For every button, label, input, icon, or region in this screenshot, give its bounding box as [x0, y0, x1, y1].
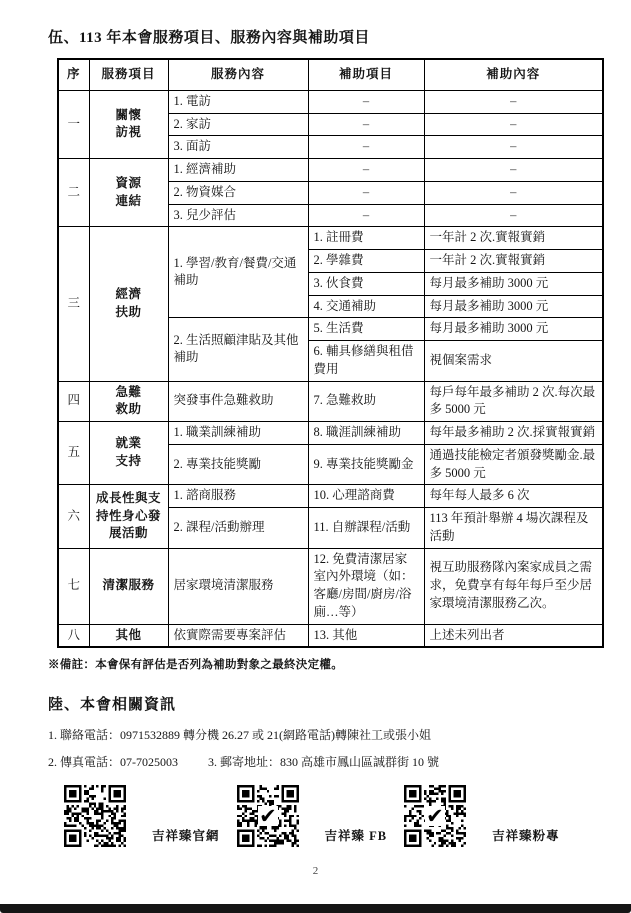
table-row: 八其他依實際需要專案評估13. 其他上述未列出者	[58, 624, 603, 647]
table-row: 一關懷 訪視1. 電訪––	[58, 90, 603, 113]
table-cell: 2. 物資媒合	[168, 181, 308, 204]
svg-text:✔: ✔	[426, 804, 444, 828]
table-cell: 急難 救助	[89, 381, 168, 422]
table-cell: –	[308, 136, 424, 159]
table-cell: 突發事件急難救助	[168, 381, 308, 422]
table-cell: 每月最多補助 3000 元	[424, 318, 603, 341]
table-row: 四急難 救助突發事件急難救助7. 急難救助每戶每年最多補助 2 次.每次最多 5…	[58, 381, 603, 422]
qr-group-facebook: ✔ 吉祥臻 FB	[237, 785, 388, 847]
table-cell: 視互助服務隊內案家成員之需求，免費享有每年每戶至少居家環境清潔服務乙次。	[424, 548, 603, 624]
table-cell: –	[424, 204, 603, 227]
table-cell: 成長性與支持性身心發展活動	[89, 485, 168, 548]
table-cell: 3. 面訪	[168, 136, 308, 159]
table-cell: 3. 兒少評估	[168, 204, 308, 227]
table-row: 七清潔服務居家環境清潔服務12. 免費清潔居家室內外環境（如：客廳/房間/廚房/…	[58, 548, 603, 624]
qr-group-fanpage: ✔ 吉祥臻粉專	[404, 785, 560, 847]
table-cell: 一年計 2 次.實報實銷	[424, 250, 603, 273]
table-cell: –	[424, 136, 603, 159]
section5-title: 伍、113 年本會服務項目、服務內容與補助項目	[48, 26, 603, 47]
table-cell: 四	[58, 381, 89, 422]
table-cell: –	[424, 181, 603, 204]
table-cell: 依實際需要專案評估	[168, 624, 308, 647]
table-row: 五就業 支持1. 職業訓練補助8. 職涯訓練補助每年最多補助 2 次.採實報實銷	[58, 422, 603, 445]
table-cell: 13. 其他	[308, 624, 424, 647]
table-cell: 三	[58, 227, 89, 381]
column-header: 補助內容	[424, 59, 603, 90]
table-cell: 6. 輔具修繕與租借費用	[308, 341, 424, 382]
table-cell: –	[308, 159, 424, 182]
table-cell: –	[424, 159, 603, 182]
qr-label-facebook: 吉祥臻 FB	[325, 826, 388, 844]
page-number: 2	[0, 865, 631, 877]
table-cell: 每月最多補助 3000 元	[424, 295, 603, 318]
table-cell: 2. 生活照顧津貼及其他補助	[168, 318, 308, 381]
page-content: 伍、113 年本會服務項目、服務內容與補助項目 序服務項目服務內容補助項目補助內…	[0, 0, 631, 847]
table-cell: 每年每人最多 6 次	[424, 485, 603, 508]
table-cell: 關懷 訪視	[89, 90, 168, 158]
table-cell: 10. 心理諮商費	[308, 485, 424, 508]
table-cell: 二	[58, 159, 89, 227]
table-cell: 2. 專業技能獎勵	[168, 444, 308, 485]
table-cell: 113 年預計舉辦 4 場次課程及活動	[424, 508, 603, 549]
qr-code-fanpage-icon: ✔	[404, 785, 466, 847]
contact-phone-line: 1. 聯絡電話：0971532889 轉分機 26.27 或 21(網路電話)轉…	[48, 726, 603, 744]
table-cell: 六	[58, 485, 89, 548]
table-cell: 八	[58, 624, 89, 647]
table-cell: 5. 生活費	[308, 318, 424, 341]
qr-code-facebook-icon: ✔	[237, 785, 299, 847]
contact-fax: 2. 傳真電話：07-7025003	[48, 755, 178, 769]
table-cell: 居家環境清潔服務	[168, 548, 308, 624]
table-footnote: ※備註：本會保有評估是否列為補助對象之最終決定權。	[48, 656, 603, 672]
table-cell: 1. 職業訓練補助	[168, 422, 308, 445]
table-body: 一關懷 訪視1. 電訪––2. 家訪––3. 面訪––二資源 連結1. 經濟補助…	[58, 90, 603, 647]
column-header: 服務項目	[89, 59, 168, 90]
table-cell: –	[308, 90, 424, 113]
table-row: 三經濟 扶助1. 學習/教育/餐費/交通補助1. 註冊費一年計 2 次.實報實銷	[58, 227, 603, 250]
column-header: 服務內容	[168, 59, 308, 90]
table-cell: –	[308, 113, 424, 136]
table-cell: 上述未列出者	[424, 624, 603, 647]
table-cell: 一年計 2 次.實報實銷	[424, 227, 603, 250]
table-cell: –	[308, 204, 424, 227]
table-header-row: 序服務項目服務內容補助項目補助內容	[58, 59, 603, 90]
table-cell: 資源 連結	[89, 159, 168, 227]
table-cell: 1. 註冊費	[308, 227, 424, 250]
table-cell: 3. 伙食費	[308, 272, 424, 295]
table-cell: 1. 學習/教育/餐費/交通補助	[168, 227, 308, 318]
table-cell: 七	[58, 548, 89, 624]
table-cell: 2. 學雜費	[308, 250, 424, 273]
table-cell: 五	[58, 422, 89, 485]
table-cell: 7. 急難救助	[308, 381, 424, 422]
table-cell: –	[308, 181, 424, 204]
qr-code-website-icon	[64, 785, 126, 847]
table-cell: 2. 家訪	[168, 113, 308, 136]
column-header: 補助項目	[308, 59, 424, 90]
qr-row: 吉祥臻官網 ✔ 吉祥臻 FB ✔ 吉祥臻粉專	[48, 785, 603, 847]
table-cell: 每月最多補助 3000 元	[424, 272, 603, 295]
table-cell: 2. 課程/活動辦理	[168, 508, 308, 549]
table-cell: 1. 經濟補助	[168, 159, 308, 182]
qr-label-website: 吉祥臻官網	[152, 826, 220, 844]
table-cell: 8. 職涯訓練補助	[308, 422, 424, 445]
table-row: 二資源 連結1. 經濟補助––	[58, 159, 603, 182]
column-header: 序	[58, 59, 89, 90]
table-cell: 經濟 扶助	[89, 227, 168, 381]
table-cell: 清潔服務	[89, 548, 168, 624]
viewer-bottom-bar	[0, 904, 631, 913]
table-cell: 就業 支持	[89, 422, 168, 485]
table-cell: –	[424, 113, 603, 136]
table-cell: 通過技能檢定者頒發獎勵金.最多 5000 元	[424, 444, 603, 485]
table-cell: –	[424, 90, 603, 113]
table-cell: 視個案需求	[424, 341, 603, 382]
table-cell: 每年最多補助 2 次.採實報實銷	[424, 422, 603, 445]
table-cell: 9. 專業技能獎勵金	[308, 444, 424, 485]
contact-address: 3. 郵寄地址：830 高雄市鳳山區誠群街 10 號	[208, 755, 439, 769]
table-row: 六成長性與支持性身心發展活動1. 諮商服務10. 心理諮商費每年每人最多 6 次	[58, 485, 603, 508]
table-cell: 4. 交通補助	[308, 295, 424, 318]
table-cell: 每戶每年最多補助 2 次.每次最多 5000 元	[424, 381, 603, 422]
table-cell: 11. 自辦課程/活動	[308, 508, 424, 549]
services-table: 序服務項目服務內容補助項目補助內容 一關懷 訪視1. 電訪––2. 家訪––3.…	[57, 58, 604, 648]
qr-group-website: 吉祥臻官網	[64, 785, 220, 847]
section6-title: 陸、本會相關資訊	[48, 693, 603, 714]
svg-text:✔: ✔	[259, 804, 277, 828]
table-cell: 1. 諮商服務	[168, 485, 308, 508]
qr-label-fanpage: 吉祥臻粉專	[492, 826, 560, 844]
table-cell: 其他	[89, 624, 168, 647]
table-cell: 1. 電訪	[168, 90, 308, 113]
document-page: 伍、113 年本會服務項目、服務內容與補助項目 序服務項目服務內容補助項目補助內…	[0, 0, 631, 913]
table-cell: 一	[58, 90, 89, 158]
table-cell: 12. 免費清潔居家室內外環境（如：客廳/房間/廚房/浴廁…等）	[308, 548, 424, 624]
contact-fax-address-line: 2. 傳真電話：07-70250033. 郵寄地址：830 高雄市鳳山區誠群街 …	[48, 753, 603, 771]
